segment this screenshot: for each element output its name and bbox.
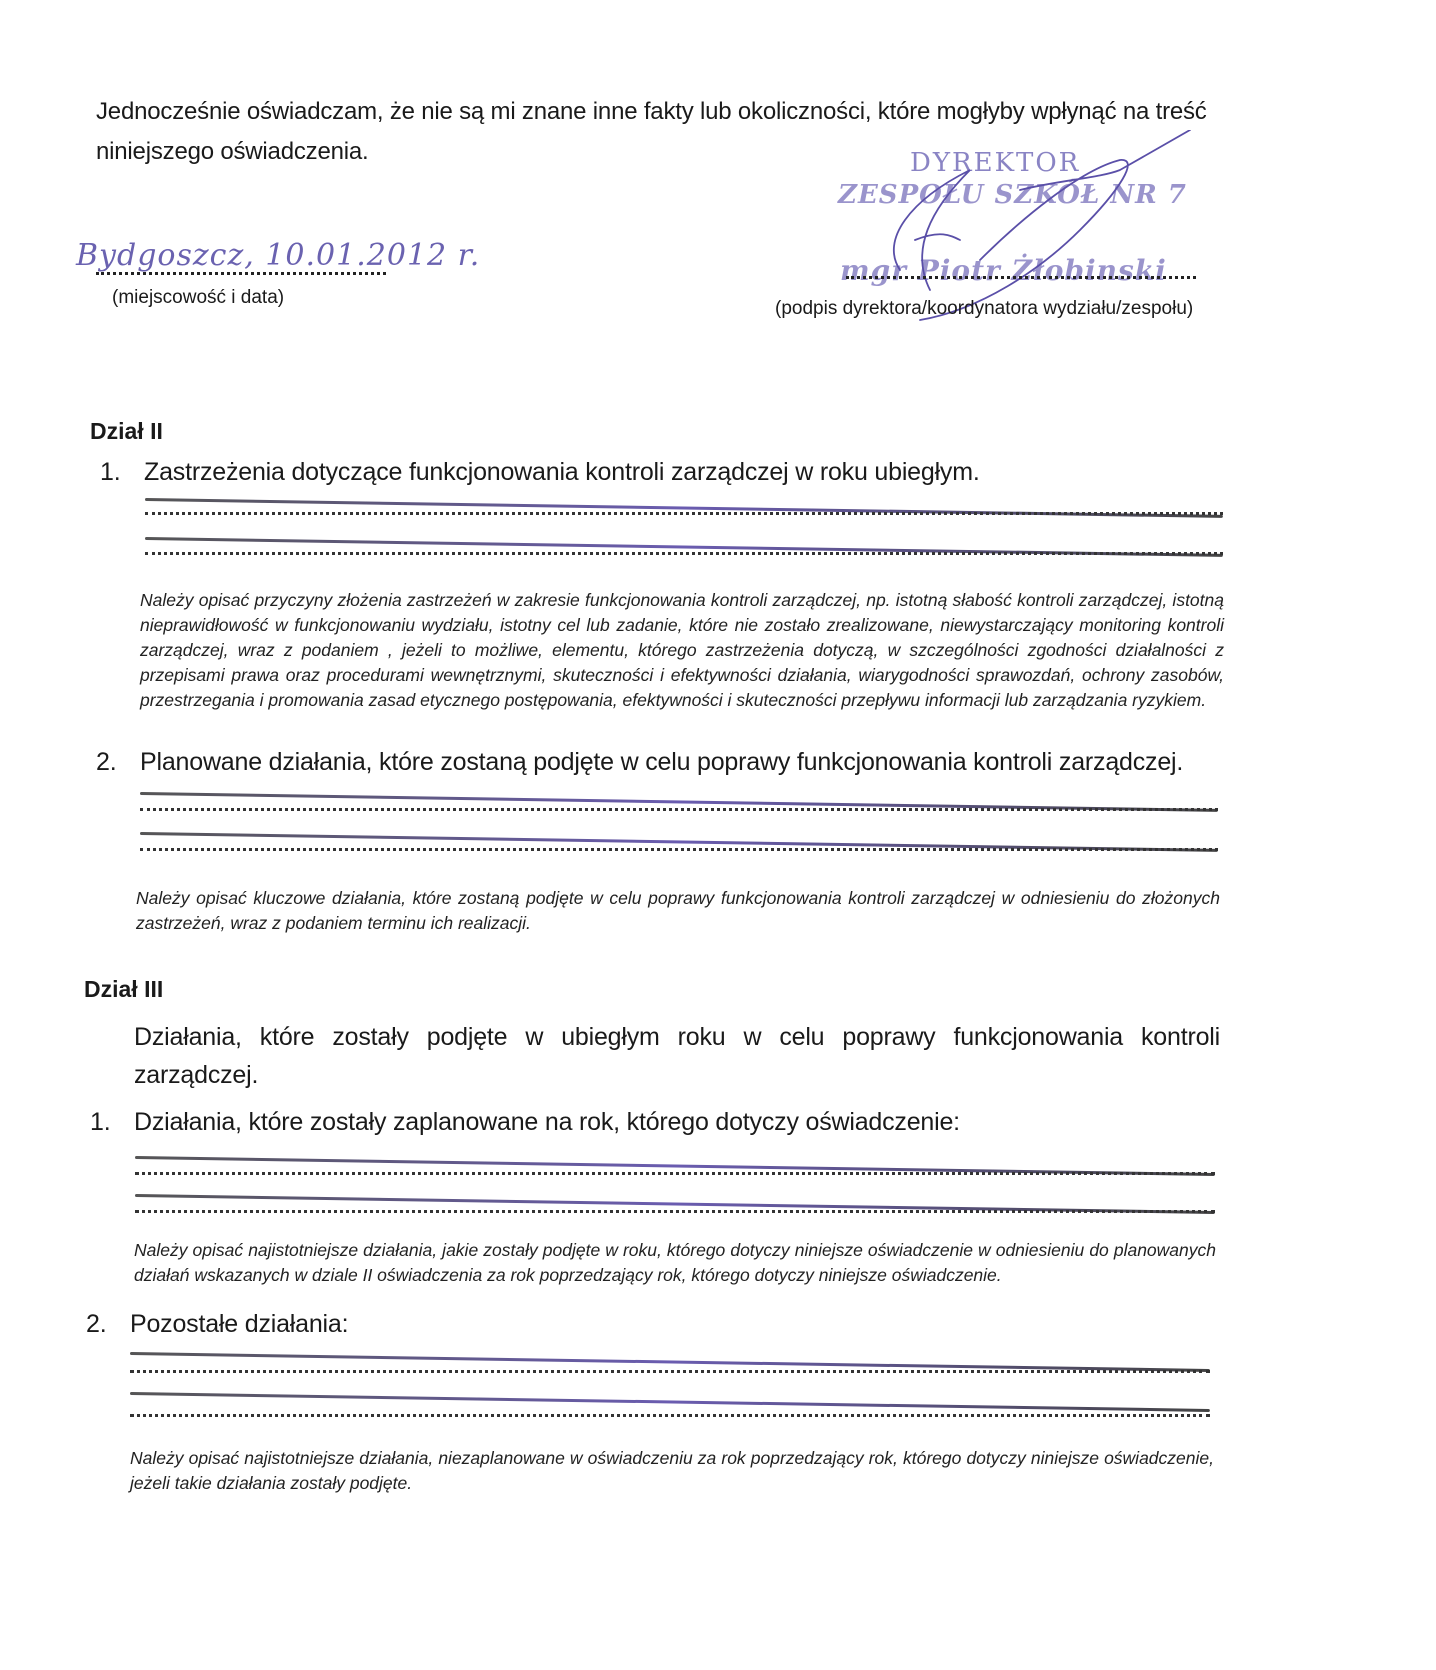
item-title: Planowane działania, które zostaną podję… [140, 748, 1183, 776]
answer-dotted-line[interactable] [135, 1210, 1215, 1213]
answer-dotted-line[interactable] [130, 1370, 1210, 1373]
answer-handwritten-line [130, 1392, 1210, 1412]
item-title: Pozostałe działania: [130, 1310, 348, 1338]
answer-dotted-line[interactable] [145, 552, 1223, 555]
answer-dotted-line[interactable] [140, 808, 1218, 811]
section-3-intro: Działania, które zostały podjęte w ubieg… [134, 1018, 1220, 1094]
section-3-heading: Dział III [84, 976, 163, 1003]
section-2-item-1-hint: Należy opisać przyczyny złożenia zastrze… [140, 588, 1224, 713]
section-3-item-2-hint: Należy opisać najistotniejsze działania,… [130, 1446, 1214, 1496]
item-number: 2. [86, 1310, 130, 1339]
answer-dotted-line[interactable] [145, 512, 1223, 515]
section-3-item-1-hint: Należy opisać najistotniejsze działania,… [134, 1238, 1216, 1288]
answer-handwritten-line [130, 1352, 1210, 1372]
section-2-heading: Dział II [90, 418, 163, 445]
item-title: Zastrzeżenia dotyczące funkcjonowania ko… [144, 458, 980, 486]
section-3-item-1-title: 1.Działania, które zostały zaplanowane n… [90, 1108, 960, 1137]
answer-dotted-line[interactable] [130, 1414, 1210, 1417]
item-number: 1. [100, 458, 144, 487]
signature-dotted-line [846, 276, 1196, 279]
section-2-item-2-hint: Należy opisać kluczowe działania, które … [136, 886, 1220, 936]
signature-label: (podpis dyrektora/koordynatora wydziału/… [775, 298, 1193, 320]
item-number: 2. [96, 748, 140, 777]
section-3-item-2-title: 2.Pozostałe działania: [86, 1310, 348, 1339]
place-date-label: (miejscowość i data) [112, 287, 284, 309]
section-2-item-1-title: 1.Zastrzeżenia dotyczące funkcjonowania … [100, 458, 980, 487]
place-date-handwritten: Bydgoszcz, 10.01.2012 r. [76, 238, 480, 273]
item-number: 1. [90, 1108, 134, 1137]
item-title: Działania, które zostały zaplanowane na … [134, 1108, 960, 1136]
section-2-item-2-title: 2.Planowane działania, które zostaną pod… [96, 748, 1183, 777]
answer-dotted-line[interactable] [140, 848, 1218, 851]
answer-dotted-line[interactable] [135, 1172, 1215, 1175]
place-date-dotted-line [96, 272, 386, 275]
